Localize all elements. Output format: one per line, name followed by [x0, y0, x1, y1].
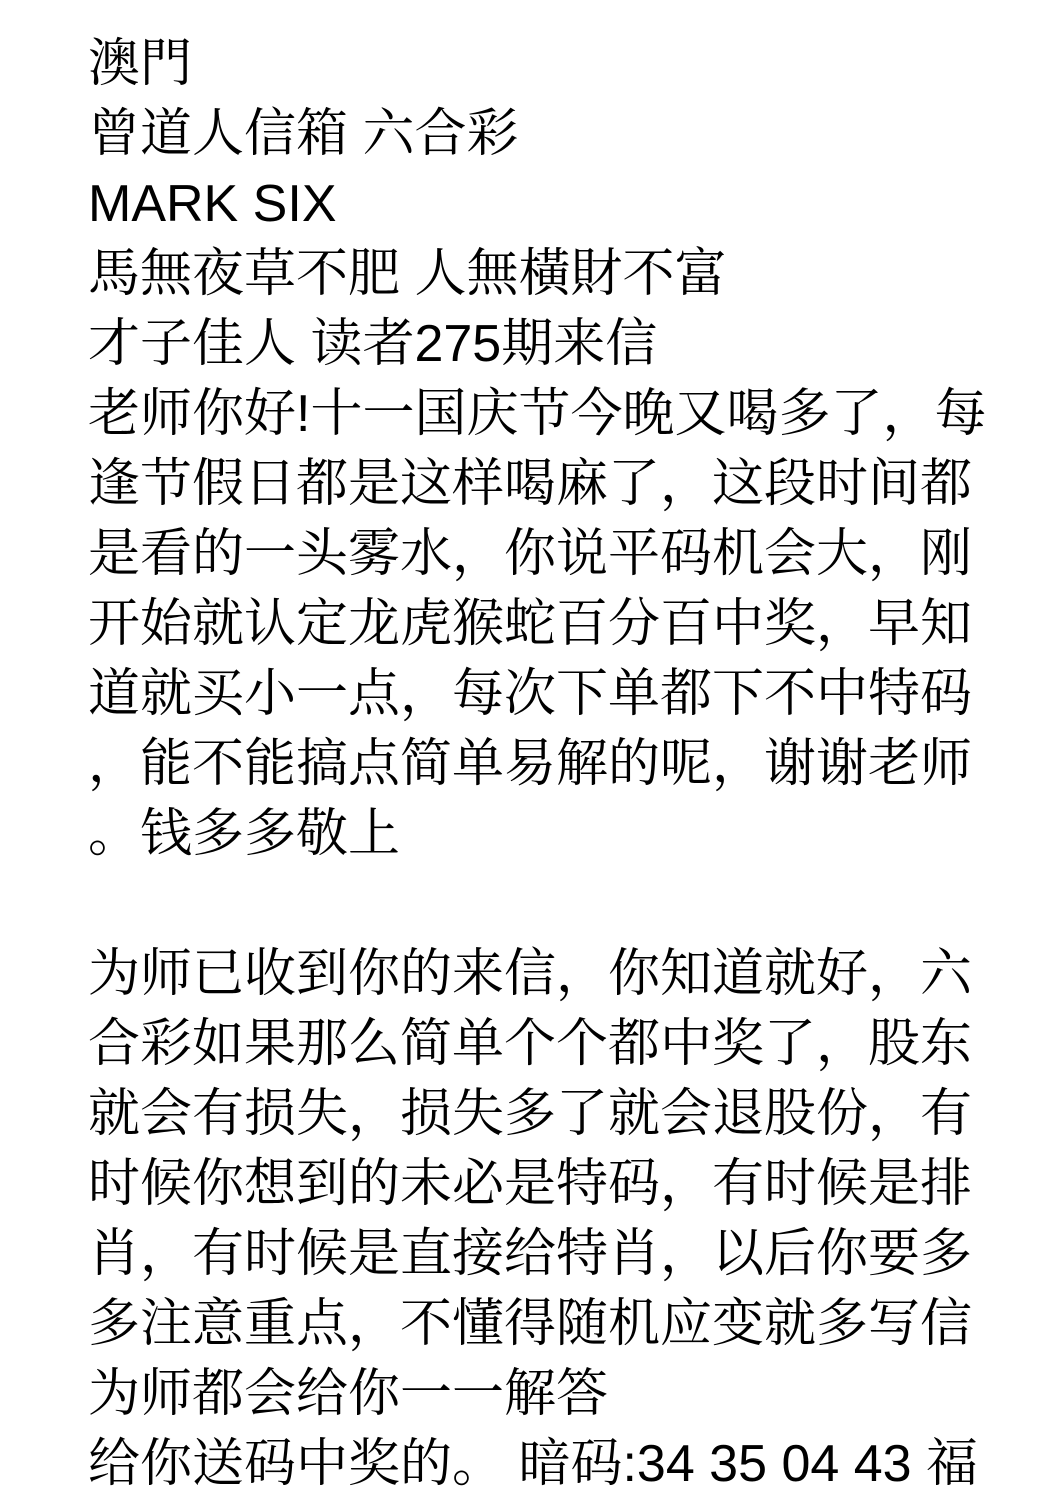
reader-letter-line: 是看的一头雾水，你说平码机会大，刚: [88, 519, 1046, 589]
region-title: 澳門: [88, 29, 1046, 99]
english-title: MARK SIX: [88, 169, 1046, 239]
reader-letter-section: 老师你好!十一国庆节今晚又喝多了，每 逢节假日都是这样喝麻了，这段时间都 是看的…: [88, 379, 1046, 869]
reader-letter-line: 逢节假日都是这样喝麻了，这段时间都: [88, 449, 1046, 519]
reader-letter-line: 老师你好!十一国庆节今晚又喝多了，每: [88, 379, 1046, 449]
reply-line: 为师都会给你一一解答: [88, 1359, 1046, 1429]
secret-code-line: 给你送码中奖的。 暗码:34 35 04 43 福: [88, 1429, 1046, 1499]
reader-letter-line: ，能不能搞点简单易解的呢，谢谢老师: [88, 729, 1046, 799]
issue-header-line: 才子佳人 读者275期来信: [88, 309, 1046, 379]
reply-line: 肖，有时候是直接给特肖，以后你要多: [88, 1219, 1046, 1289]
reply-line: 多注意重点，不懂得随机应变就多写信: [88, 1289, 1046, 1359]
reader-letter-signoff-line: 。钱多多敬上: [88, 799, 1046, 869]
reply-line: 就会有损失，损失多了就会退股份，有: [88, 1079, 1046, 1149]
master-reply-section: 为师已收到你的来信，你知道就好，六 合彩如果那么简单个个都中奖了，股东 就会有损…: [88, 939, 1046, 1499]
mailbox-title: 曾道人信箱 六合彩: [88, 99, 1046, 169]
reply-line: 时候你想到的未必是特码，有时候是排: [88, 1149, 1046, 1219]
letter-header-section: 澳門 曾道人信箱 六合彩 MARK SIX 馬無夜草不肥 人無橫財不富 才子佳人…: [88, 29, 1046, 379]
reader-letter-line: 开始就认定龙虎猴蛇百分百中奖，早知: [88, 589, 1046, 659]
reply-line: 合彩如果那么简单个个都中奖了，股东: [88, 1009, 1046, 1079]
motto-line: 馬無夜草不肥 人無橫財不富: [88, 239, 1046, 309]
reader-letter-line: 道就买小一点，每次下单都下不中特码: [88, 659, 1046, 729]
letter-page: 澳門 曾道人信箱 六合彩 MARK SIX 馬無夜草不肥 人無橫財不富 才子佳人…: [0, 0, 1062, 1500]
reply-line: 为师已收到你的来信，你知道就好，六: [88, 939, 1046, 1009]
